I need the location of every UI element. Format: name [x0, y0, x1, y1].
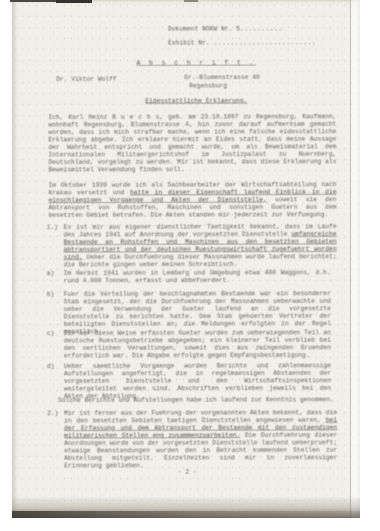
subitem-a-marker: a): [47, 270, 61, 278]
item-2-pre: Mir ist ferner aus der Fuehrung der vorg…: [64, 409, 337, 424]
document-title-text: Eidesstattliche Erklaerung.: [145, 97, 247, 104]
document-number-dots: ..........: [240, 25, 283, 32]
page-number: - 2 -: [162, 468, 212, 476]
item-2-text: Mir ist ferner aus der Fuehrung der vorg…: [64, 409, 337, 470]
item-1-post: Ueber die Durchfuehrung dieser Massnahme…: [64, 253, 337, 268]
copy-heading: A b s c h r i f t .: [32, 59, 360, 67]
typewritten-text-layer: Dokument NOKW Nr. 5.......... Exhibit Nr…: [12, 0, 361, 518]
address-line-2: Regensburg: [184, 82, 260, 91]
exhibit-number-label: Exhibit Nr.: [168, 39, 210, 46]
copy-heading-text: A b s c h r i f t .: [137, 59, 256, 66]
subitem-d-marker: d): [47, 363, 61, 371]
subitem-a-text: Im Herbst 1941 wurden in Lemberg und Umg…: [64, 269, 331, 285]
subitem-d-text: Ueber saemtliche Vorgaenge wurden Berich…: [64, 362, 331, 400]
item-2-marker: 2.): [47, 410, 61, 418]
document-title: Eidesstattliche Erklaerung.: [32, 97, 360, 105]
address-block: Gr.-Blumenstrasse 40 Regensburg: [184, 73, 260, 90]
scanned-document: Dokument NOKW Nr. 5.......... Exhibit Nr…: [0, 0, 380, 531]
item-1-text: Es ist mir aus eigener dienstlicher Taet…: [64, 223, 337, 269]
item-1-marker: 1.): [47, 224, 61, 232]
document-number-line: Dokument NOKW Nr. 5..........: [168, 25, 283, 33]
exhibit-number-dots: ........................: [213, 39, 316, 46]
exhibit-number-line: Exhibit Nr. ........................: [168, 39, 316, 47]
preamble-paragraph: Ich, Karl Heinz B u e c h s, geb. am 23.…: [48, 113, 336, 174]
address-line-1: Gr.-Blumenstrasse 40: [184, 73, 260, 82]
document-number-label: Dokument NOKW Nr. 5: [168, 25, 240, 32]
paper-sheet: Dokument NOKW Nr. 5.......... Exhibit Nr…: [12, 0, 360, 518]
subitem-b-marker: b): [47, 291, 61, 299]
subitem-c-text: Die auf diese Weise erfassten Gueter wur…: [64, 329, 331, 360]
subitem-c-marker: c): [47, 330, 61, 338]
paragraph-2: Im Oktober 1939 wurde ich als Sachbearbe…: [48, 181, 336, 219]
bottom-edge-shadow: [12, 511, 360, 518]
sender-line: Dr. Viktor Wolff: [56, 76, 116, 84]
connecting-line: Solche Berichte und Aufstellungen habe i…: [58, 396, 336, 404]
